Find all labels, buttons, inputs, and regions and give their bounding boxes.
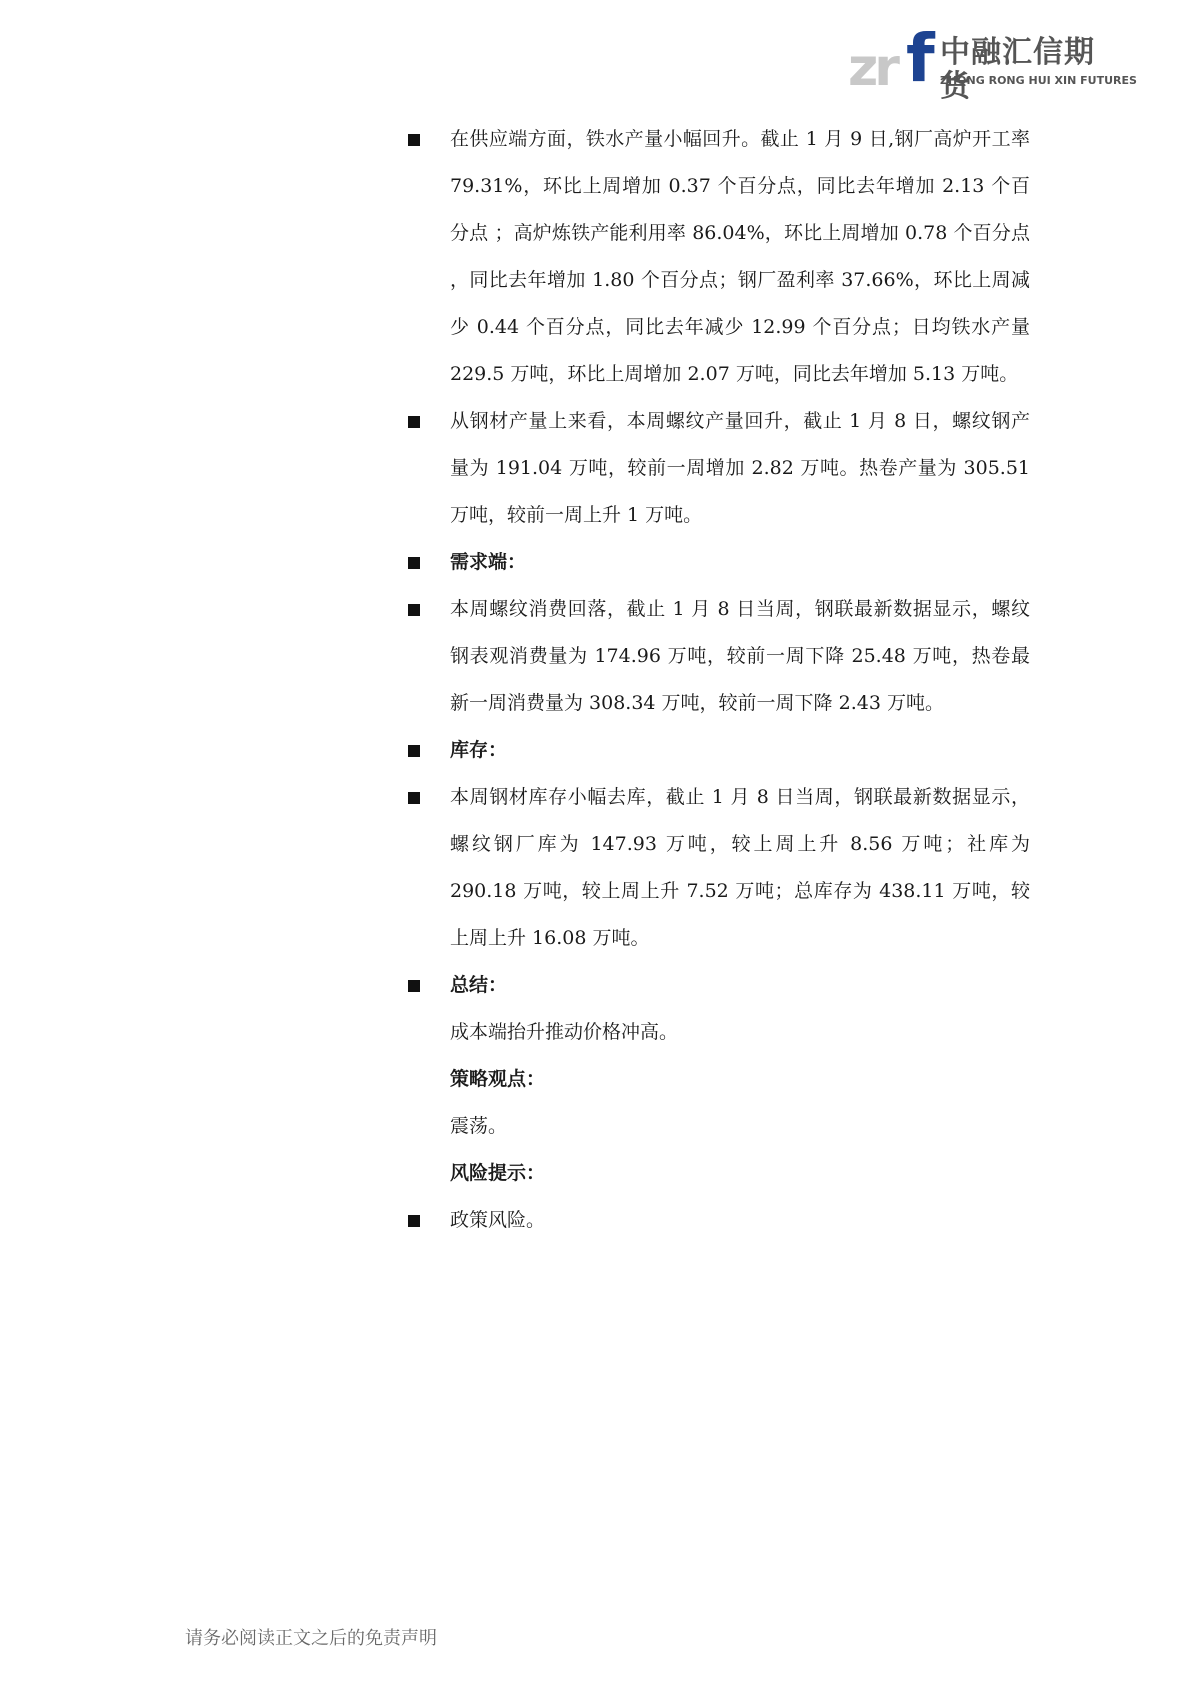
square-bullet-icon xyxy=(408,416,420,428)
section-heading: 库存： xyxy=(400,727,1030,774)
paragraph-text: 本周钢材库存小幅去库，截止 1 月 8 日当周，钢联最新数据显示，螺纹钢厂库为 … xyxy=(450,786,1030,949)
square-bullet-icon xyxy=(408,134,420,146)
section-heading: 风险提示： xyxy=(400,1150,1030,1197)
paragraph-text: 库存： xyxy=(450,739,507,761)
square-bullet-icon xyxy=(408,745,420,757)
section-heading: 策略观点： xyxy=(400,1056,1030,1103)
logo-mark-f: f xyxy=(906,28,935,90)
section-heading: 总结： xyxy=(400,962,1030,1009)
paragraph-text: 成本端抬升推动价格冲高。 xyxy=(450,1021,678,1043)
square-bullet-icon xyxy=(408,604,420,616)
square-bullet-icon xyxy=(408,980,420,992)
logo-company-name-en: ZHONG RONG HUI XIN FUTURES xyxy=(940,74,1137,87)
logo-mark-zr: zr xyxy=(848,46,896,90)
paragraph: 在供应端方面，铁水产量小幅回升。截止 1 月 9 日,钢厂高炉开工率 79.31… xyxy=(400,116,1030,398)
logo-company-name-cn: 中融汇信期货 xyxy=(940,36,1118,104)
paragraph-text: 本周螺纹消费回落，截止 1 月 8 日当周，钢联最新数据显示，螺纹钢表观消费量为… xyxy=(450,598,1030,714)
paragraph: 本周钢材库存小幅去库，截止 1 月 8 日当周，钢联最新数据显示，螺纹钢厂库为 … xyxy=(400,774,1030,962)
paragraph-text: 政策风险。 xyxy=(450,1209,545,1231)
paragraph-text: 需求端： xyxy=(450,551,526,573)
paragraph-text: 风险提示： xyxy=(450,1162,545,1184)
paragraph: 从钢材产量上来看，本周螺纹产量回升，截止 1 月 8 日，螺纹钢产量为 191.… xyxy=(400,398,1030,539)
paragraph-text: 策略观点： xyxy=(450,1068,545,1090)
disclaimer-footer: 请务必阅读正文之后的免责声明 xyxy=(185,1624,437,1650)
paragraph: 震荡。 xyxy=(400,1103,1030,1150)
square-bullet-icon xyxy=(408,1215,420,1227)
paragraph: 政策风险。 xyxy=(400,1197,1030,1244)
paragraph-text: 在供应端方面，铁水产量小幅回升。截止 1 月 9 日,钢厂高炉开工率 79.31… xyxy=(450,128,1030,385)
company-logo: zr f 中融汇信期货 ZHONG RONG HUI XIN FUTURES xyxy=(848,28,1118,90)
section-heading: 需求端： xyxy=(400,539,1030,586)
square-bullet-icon xyxy=(408,557,420,569)
paragraph-text: 总结： xyxy=(450,974,507,996)
square-bullet-icon xyxy=(408,792,420,804)
paragraph: 本周螺纹消费回落，截止 1 月 8 日当周，钢联最新数据显示，螺纹钢表观消费量为… xyxy=(400,586,1030,727)
report-body: 在供应端方面，铁水产量小幅回升。截止 1 月 9 日,钢厂高炉开工率 79.31… xyxy=(400,116,1030,1244)
paragraph: 成本端抬升推动价格冲高。 xyxy=(400,1009,1030,1056)
paragraph-text: 从钢材产量上来看，本周螺纹产量回升，截止 1 月 8 日，螺纹钢产量为 191.… xyxy=(450,410,1030,526)
paragraph-text: 震荡。 xyxy=(450,1115,507,1137)
